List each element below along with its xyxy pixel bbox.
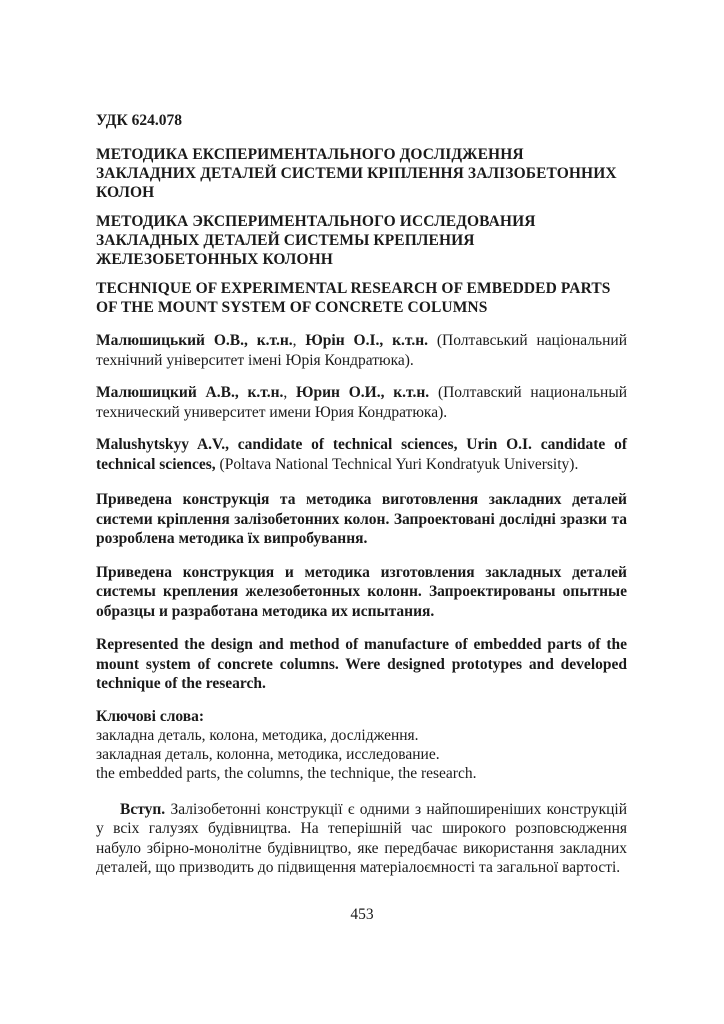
keywords-ru: закладная деталь, колонна, методика, исс… [96,745,627,764]
udk-code: УДК 624.078 [96,112,627,130]
authors-uk: Малюшицький О.В., к.т.н., Юрін О.І., к.т… [96,331,627,370]
intro-label: Вступ. [120,801,165,818]
keywords-uk: закладна деталь, колона, методика, дослі… [96,726,627,745]
abstract-ru: Приведена конструкция и методика изготов… [96,563,627,622]
affiliation: (Poltava National Technical Yuri Kondrat… [220,456,579,473]
keywords-label: Ключові слова: [96,708,627,726]
authors-ru: Малюшицкий А.В., к.т.н., Юрин О.И., к.т.… [96,383,627,422]
page-number: 453 [0,906,724,924]
author-1: Малюшицкий А.В., к.т.н. [96,384,283,401]
authors-en: Malushytskyy A.V., candidate of technica… [96,435,627,474]
author-2: Юрін О.І., к.т.н. [305,332,428,349]
author-2: Юрин О.И., к.т.н. [296,384,429,401]
abstract-uk: Приведена конструкція та методика вигото… [96,490,627,549]
abstract-en: Represented the design and method of man… [96,635,627,694]
title-uk: МЕТОДИКА ЕКСПЕРИМЕНТАЛЬНОГО ДОСЛІДЖЕННЯ … [96,145,627,202]
author-1: Малюшицький О.В., к.т.н. [96,332,293,349]
author-1: Malushytskyy A.V., candidate of technica… [96,436,457,453]
introduction: Вступ. Залізобетонні конструкції є одним… [96,800,627,878]
title-en: TECHNIQUE OF EXPERIMENTAL RESEARCH OF EM… [96,279,627,317]
title-ru: МЕТОДИКА ЭКСПЕРИМЕНТАЛЬНОГО ИССЛЕДОВАНИЯ… [96,212,627,269]
intro-text: Залізобетонні конструкції є одними з най… [96,801,627,877]
keywords-block: Ключові слова: закладна деталь, колона, … [96,708,627,783]
page-content: УДК 624.078 МЕТОДИКА ЕКСПЕРИМЕНТАЛЬНОГО … [96,112,627,878]
keywords-en: the embedded parts, the columns, the tec… [96,764,627,783]
